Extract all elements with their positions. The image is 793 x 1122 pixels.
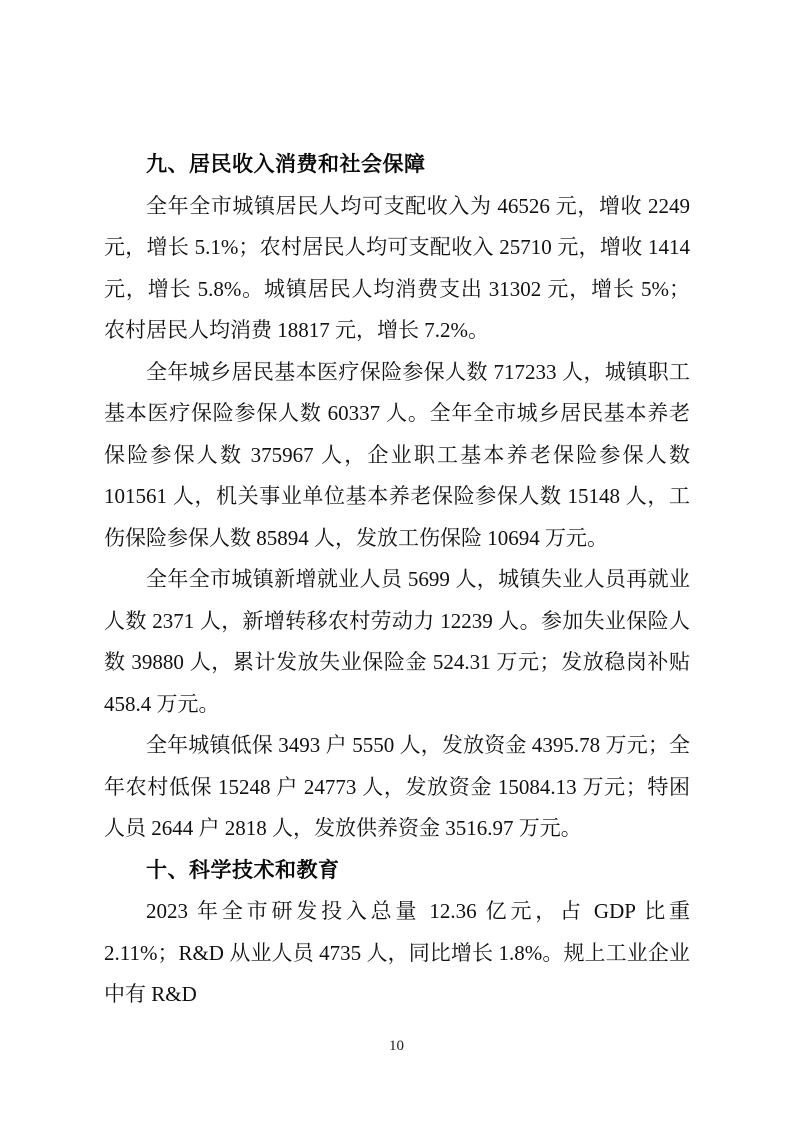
body-paragraph-rnd: 2023 年全市研发投入总量 12.36 亿元，占 GDP 比重 2.11%；R… — [104, 891, 690, 1016]
page-number: 10 — [389, 1038, 404, 1054]
page-footer: 10 — [0, 1036, 793, 1056]
section-science-education: 十、科学技术和教育 2023 年全市研发投入总量 12.36 亿元，占 GDP … — [104, 850, 690, 1016]
body-paragraph-employment: 全年全市城镇新增就业人员 5699 人，城镇失业人员再就业人数 2371 人，新… — [104, 559, 690, 725]
section-residents-income: 九、居民收入消费和社会保障 全年全市城镇居民人均可支配收入为 46526 元，增… — [104, 144, 690, 850]
document-content: 九、居民收入消费和社会保障 全年全市城镇居民人均可支配收入为 46526 元，增… — [104, 144, 690, 1016]
section-heading-ten: 十、科学技术和教育 — [104, 850, 690, 892]
body-paragraph-insurance: 全年城乡居民基本医疗保险参保人数 717233 人，城镇职工基本医疗保险参保人数… — [104, 352, 690, 560]
body-paragraph-income: 全年全市城镇居民人均可支配收入为 46526 元，增收 2249 元，增长 5.… — [104, 186, 690, 352]
body-paragraph-subsistence: 全年城镇低保 3493 户 5550 人，发放资金 4395.78 万元；全年农… — [104, 725, 690, 850]
document-page: 九、居民收入消费和社会保障 全年全市城镇居民人均可支配收入为 46526 元，增… — [0, 0, 793, 1122]
section-heading-nine: 九、居民收入消费和社会保障 — [104, 144, 690, 186]
